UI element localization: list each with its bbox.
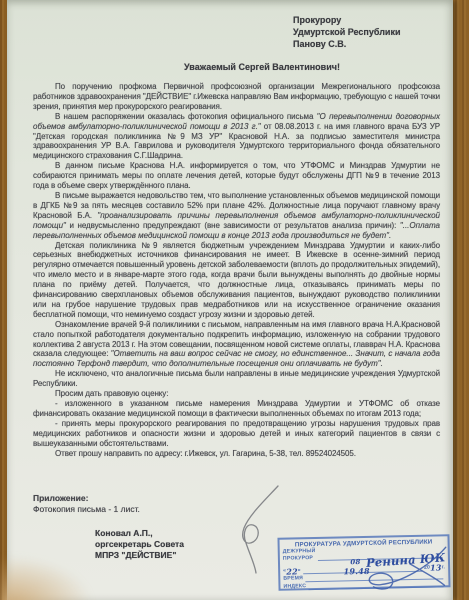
letter-paragraph: Детская поликлиника №9 является бюджетны… [33, 241, 440, 320]
recipient-line: Прокурору [293, 14, 401, 26]
letter-paragraph: Ознакомление врачей 9-й поликлиники с пи… [33, 320, 440, 370]
letter-paragraph: - принять меры прокурорского реагировани… [33, 419, 440, 449]
recipient-line: Панову С.В. [293, 38, 401, 50]
stamp-handwritten-day: 22 [286, 568, 298, 575]
sender-signature-block: Коновал А.П., оргсекретарь Совета МПРЗ "… [95, 528, 184, 560]
attachment-block: Приложение: Фотокопия письма - 1 лист. [33, 493, 140, 514]
letter-paper: Прокурору Удмуртской Республики Панову С… [7, 0, 453, 600]
stamp-handwritten-flourish [340, 543, 451, 591]
letter-paragraph: Не исключено, что аналогичные письма был… [33, 369, 440, 389]
attachment-item: Фотокопия письма - 1 лист. [33, 504, 140, 515]
handwritten-signature [222, 483, 284, 575]
letter-paragraph: В письме выражается недовольство тем, чт… [33, 191, 440, 241]
out-of-focus-corner [1, 556, 93, 600]
recipient-block: Прокурору Удмуртской Республики Панову С… [293, 14, 401, 50]
letter-paragraph: Ответ прошу направить по адресу: г.Ижевс… [33, 449, 440, 459]
attachment-title: Приложение: [33, 493, 140, 504]
letter-paragraph: По поручению профкома Первичной профсоюз… [33, 82, 440, 112]
stamp-duty-label: ДЕЖУРНЫЙПРОКУРОР [283, 548, 316, 562]
letter-paragraph: Просим дать правовую оценку: [33, 389, 440, 399]
sender-line: МПРЗ "ДЕЙСТВИЕ" [95, 550, 184, 561]
letter-paragraph: - изложенного в указанном письме намерен… [33, 399, 440, 419]
salutation: Уважаемый Сергей Валентинович! [117, 62, 407, 72]
letter-body: По поручению профкома Первичной профсоюз… [33, 82, 440, 458]
letter-paragraph: В данном письме Краснова Н.А. информируе… [33, 161, 440, 191]
sender-line: Коновал А.П., [95, 528, 184, 539]
letter-paragraph: В нашем распоряжении оказалась фотокопия… [33, 112, 440, 162]
sender-line: оргсекретарь Совета [95, 539, 184, 550]
recipient-line: Удмуртской Республики [293, 26, 401, 38]
photo-of-letter: Прокурору Удмуртской Республики Панову С… [0, 0, 469, 600]
stamp-index-label: ИНДЕКС [283, 583, 306, 590]
prosecutor-intake-stamp: ПРОКУРАТУРА УДМУРТСКОЙ РЕСПУБЛИКИ ДЕЖУРН… [277, 534, 450, 591]
